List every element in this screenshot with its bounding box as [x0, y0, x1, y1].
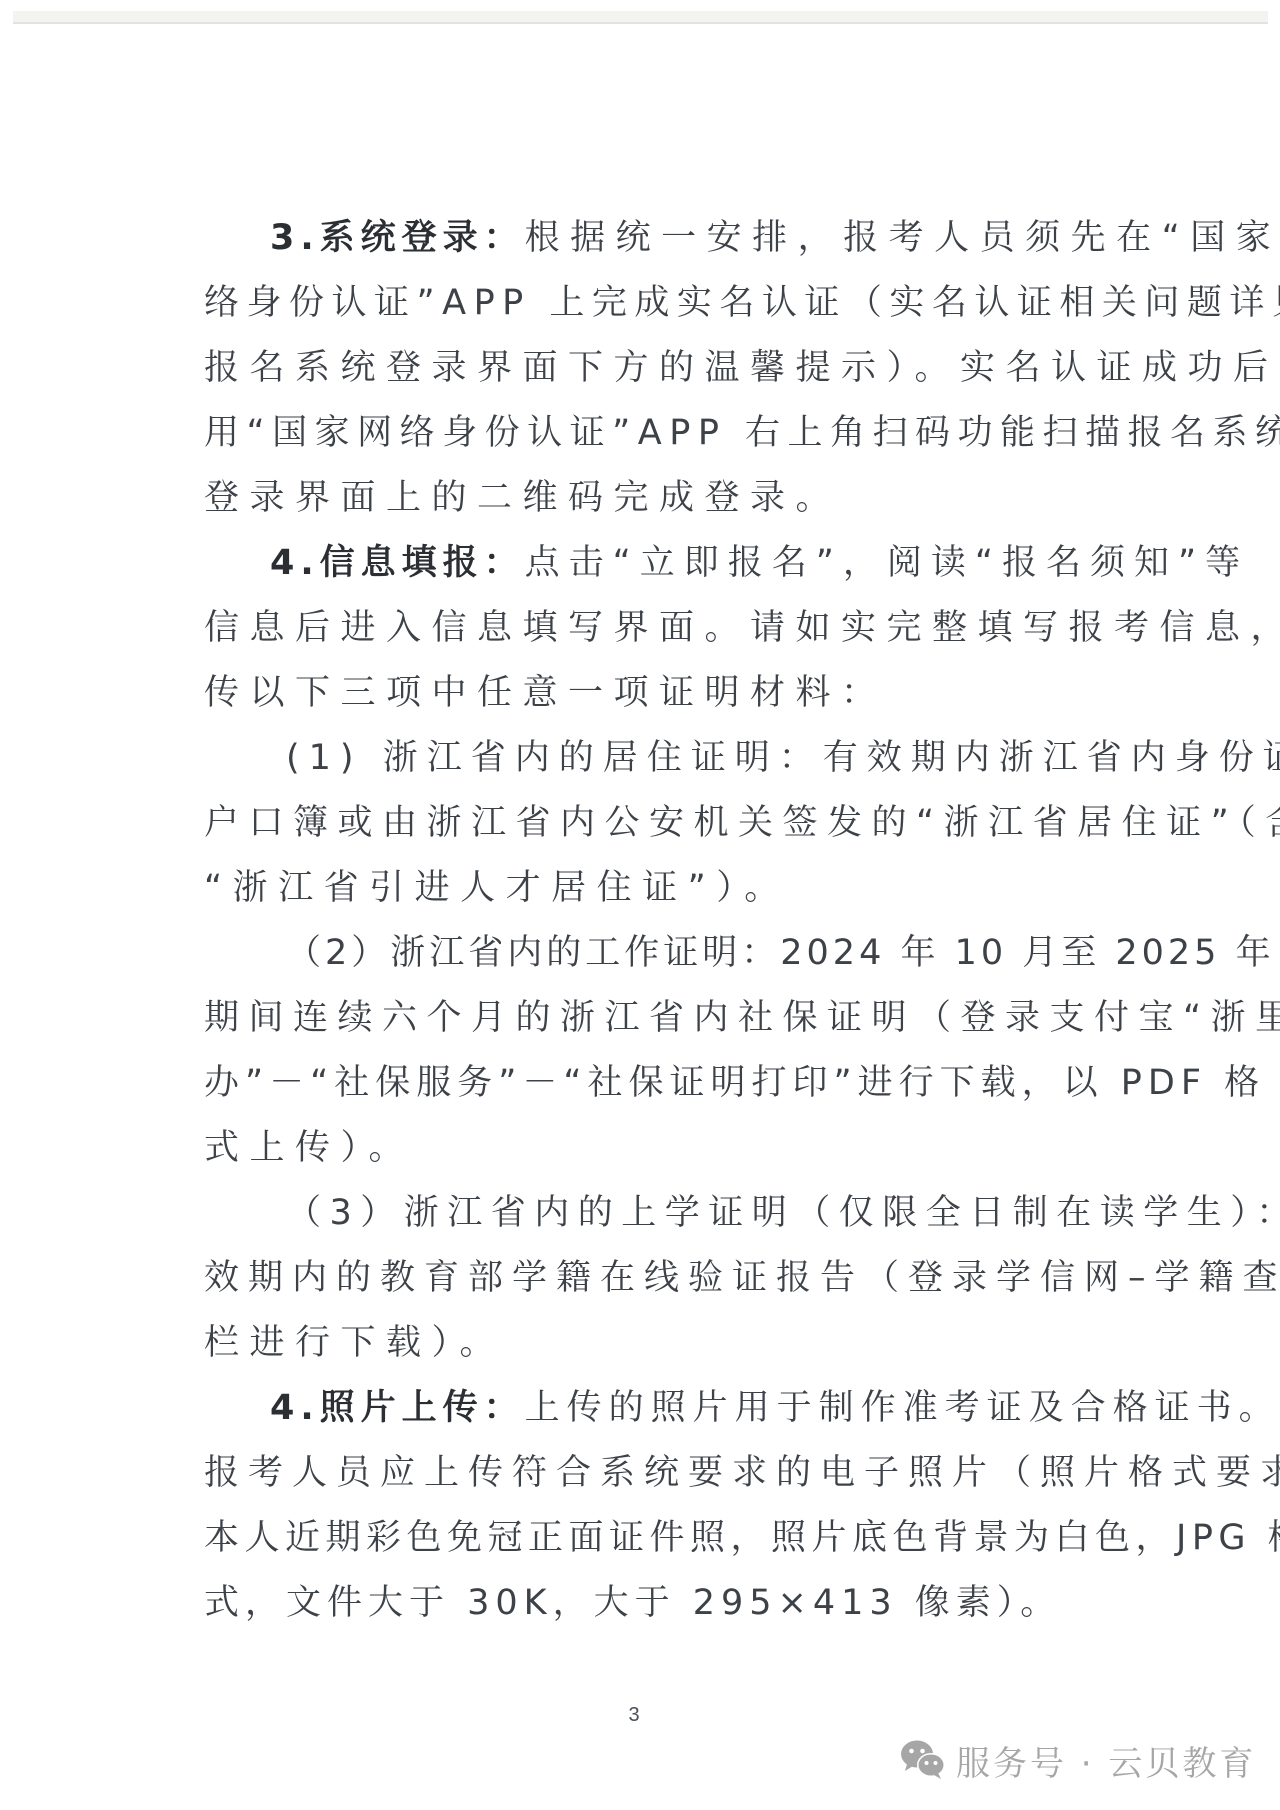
text-line: 办”－“社保服务”－“社保证明打印”进行下载，以 PDF 格 [204, 1055, 1064, 1120]
watermark-text: 服务号 · 云贝教育 [956, 1736, 1256, 1785]
page-number: 3 [622, 1704, 646, 1727]
document-page: 3.系统登录：根据统一安排，报考人员须先在“国家网 络身份认证”APP 上完成实… [204, 210, 1064, 1640]
text-line: 络身份认证”APP 上完成实名认证（实名认证相关问题详见 [204, 275, 1064, 340]
wechat-icon [900, 1739, 946, 1781]
scan-edge [13, 11, 1268, 24]
text-line: “浙江省引进人才居住证”）。 [204, 860, 1064, 925]
text-line: 栏进行下载）。 [204, 1315, 1064, 1380]
text-line: 报考人员应上传符合系统要求的电子照片（照片格式要求： [204, 1445, 1064, 1510]
text-line: （3）浙江省内的上学证明（仅限全日制在读学生）：有 [204, 1185, 1064, 1250]
watermark: 服务号 · 云贝教育 [900, 1738, 1256, 1782]
text-line: 4.信息填报：点击“立即报名”，阅读“报名须知”等 [204, 535, 1064, 600]
text-line: 效期内的教育部学籍在线验证报告（登录学信网–学籍查询 [204, 1250, 1064, 1315]
text-line: 传以下三项中任意一项证明材料： [204, 665, 1064, 730]
section-heading: 3.系统登录： [270, 218, 525, 258]
text-line: 户口簿或由浙江省内公安机关签发的“浙江省居住证”（含 [204, 795, 1064, 860]
text-line: 期间连续六个月的浙江省内社保证明（登录支付宝“浙里 [204, 990, 1064, 1055]
section-photo-upload: 4.照片上传：上传的照片用于制作准考证及合格证书。 报考人员应上传符合系统要求的… [204, 1380, 1064, 1640]
section-heading: 4.照片上传： [270, 1388, 525, 1428]
section-system-login: 3.系统登录：根据统一安排，报考人员须先在“国家网 络身份认证”APP 上完成实… [204, 210, 1064, 535]
text-line: 登录界面上的二维码完成登录。 [204, 470, 1064, 535]
section-info-filling: 4.信息填报：点击“立即报名”，阅读“报名须知”等 信息后进入信息填写界面。请如… [204, 535, 1064, 730]
text-line: 4.照片上传：上传的照片用于制作准考证及合格证书。 [204, 1380, 1064, 1445]
text-line: 3.系统登录：根据统一安排，报考人员须先在“国家网 [204, 210, 1064, 275]
text-line: 式，文件大于 30K，大于 295×413 像素）。 [204, 1575, 1064, 1640]
text-line: 信息后进入信息填写界面。请如实完整填写报考信息，并上 [204, 600, 1064, 665]
text-line: （2）浙江省内的工作证明：2024 年 10 月至 2025 年 7 月 [204, 925, 1064, 990]
text-span: 上传的照片用于制作准考证及合格证书。 [525, 1388, 1280, 1428]
text-span: 根据统一安排，报考人员须先在“国家网 [525, 218, 1280, 258]
section-heading: 4.信息填报： [270, 543, 525, 583]
item-residence-proof: (1) 浙江省内的居住证明：有效期内浙江省内身份证或 户口簿或由浙江省内公安机关… [204, 730, 1064, 925]
text-span: 点击“立即报名”，阅读“报名须知”等 [525, 543, 1250, 583]
text-line: 本人近期彩色免冠正面证件照，照片底色背景为白色，JPG 格 [204, 1510, 1064, 1575]
text-line: 报名系统登录界面下方的温馨提示）。实名认证成功后，使 [204, 340, 1064, 405]
item-study-proof: （3）浙江省内的上学证明（仅限全日制在读学生）：有 效期内的教育部学籍在线验证报… [204, 1185, 1064, 1380]
text-line: 式上传）。 [204, 1120, 1064, 1185]
text-line: 用“国家网络身份认证”APP 右上角扫码功能扫描报名系统 [204, 405, 1064, 470]
item-work-proof: （2）浙江省内的工作证明：2024 年 10 月至 2025 年 7 月 期间连… [204, 925, 1064, 1185]
text-line: (1) 浙江省内的居住证明：有效期内浙江省内身份证或 [204, 730, 1064, 795]
